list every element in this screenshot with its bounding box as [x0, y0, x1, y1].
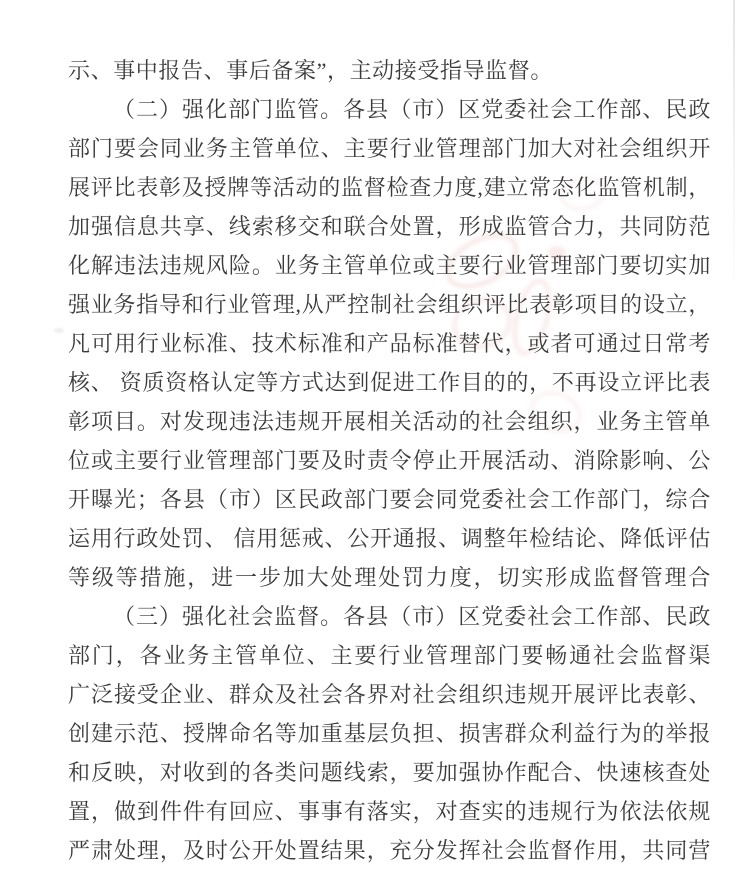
text-line: 置，做到件件有回应、事事有落实，对查实的违规行为依法依规	[68, 792, 711, 831]
text-line: 严肃处理，及时公开处置结果，充分发挥社会监督作用，共同营	[68, 831, 711, 870]
text-line: 部门，各业务主管单位、主要行业管理部门要畅通社会监督渠道，	[68, 636, 711, 675]
scan-smudge	[54, 328, 64, 333]
text-line: 运用行政处罚、 信用惩戒、公开通报、调整年检结论、降低评估	[68, 519, 711, 558]
text-line: 和反映，对收到的各类问题线索，要加强协作配合、快速核查处	[68, 753, 711, 792]
text-line: 部门要会同业务主管单位、主要行业管理部门加大对社会组织开	[68, 129, 711, 168]
text-line: 核、 资质资格认定等方式达到促进工作目的的，不再设立评比表	[68, 363, 711, 402]
text-line: 凡可用行业标准、技术标准和产品标准替代，或者可通过日常考	[68, 324, 711, 363]
text-line: 强业务指导和行业管理,从严控制社会组织评比表彰项目的设立，	[68, 285, 711, 324]
scan-edge-line	[733, 0, 735, 300]
text-line: 展评比表彰及授牌等活动的监督检查力度,建立常态化监管机制，	[68, 168, 711, 207]
text-line: 化解违法违规风险。业务主管单位或主要行业管理部门要切实加	[68, 246, 711, 285]
text-line: 示、事中报告、事后备案”，主动接受指导监督。	[68, 51, 711, 90]
text-line: 位或主要行业管理部门要及时责令停止开展活动、消除影响、公	[68, 441, 711, 480]
document-text-block: 示、事中报告、事后备案”，主动接受指导监督。 （二）强化部门监管。各县（市）区党…	[68, 51, 711, 870]
text-line-section-3-heading: （三）强化社会监督。各县（市）区党委社会工作部、民政	[68, 597, 711, 636]
text-line: 开曝光；各县（市）区民政部门要会同党委社会工作部门，综合	[68, 480, 711, 519]
document-page: 示、事中报告、事后备案”，主动接受指导监督。 （二）强化部门监管。各县（市）区党…	[0, 0, 738, 885]
text-line: 等级等措施，进一步加大处理处罚力度，切实形成监督管理合力。	[68, 558, 711, 597]
text-line: 创建示范、授牌命名等加重基层负担、损害群众利益行为的举报	[68, 714, 711, 753]
text-line: 广泛接受企业、群众及社会各界对社会组织违规开展评比表彰、	[68, 675, 711, 714]
text-line: 加强信息共享、线索移交和联合处置，形成监管合力，共同防范	[68, 207, 711, 246]
text-line-section-2-heading: （二）强化部门监管。各县（市）区党委社会工作部、民政	[68, 90, 711, 129]
text-line: 彰项目。对发现违法违规开展相关活动的社会组织，业务主管单	[68, 402, 711, 441]
